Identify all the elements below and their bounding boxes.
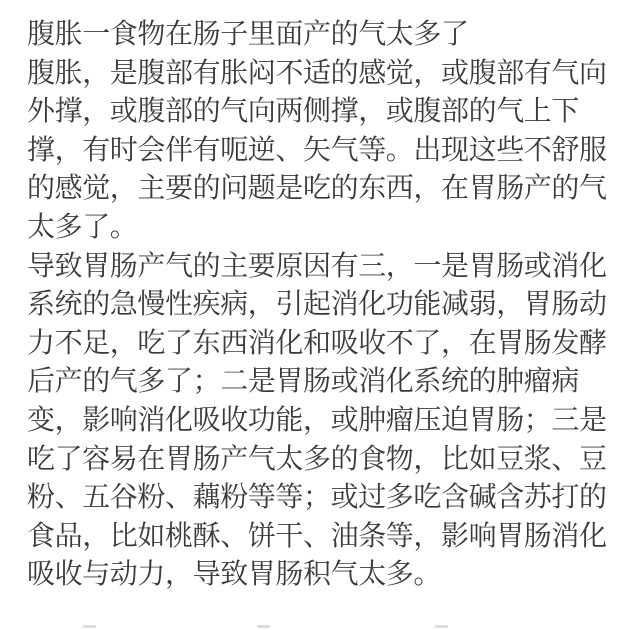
text-line: 导致胃肠产气的主要原因有三，一是胃肠或消化 xyxy=(27,247,623,286)
cutoff-character-stroke xyxy=(83,625,96,628)
text-line: 变，影响消化吸收功能，或肿瘤压迫胃肠；三是 xyxy=(27,401,623,440)
article: 腹胀一食物在肠子里面产的气太多了 腹胀，是腹部有胀闷不适的感觉，或腹部有气向外撑… xyxy=(27,15,623,594)
text-line: 后产的气多了；二是胃肠或消化系统的肿瘤病 xyxy=(27,362,623,401)
text-line: 腹胀，是腹部有胀闷不适的感觉，或腹部有气向 xyxy=(27,54,623,93)
text-line: 系统的急慢性疾病，引起消化功能减弱，胃肠动 xyxy=(27,285,623,324)
cutoff-character-stroke xyxy=(257,625,270,628)
text-line: 外撑，或腹部的气向两侧撑，或腹部的气上下 xyxy=(27,92,623,131)
text-line: 太多了。 xyxy=(27,208,623,247)
text-line: 粉、五谷粉、藕粉等等；或过多吃含碱含苏打的 xyxy=(27,478,623,517)
article-title: 腹胀一食物在肠子里面产的气太多了 xyxy=(27,15,623,54)
text-line: 食品，比如桃酥、饼干、油条等，影响胃肠消化 xyxy=(27,517,623,556)
text-line: 吸收与动力，导致胃肠积气太多。 xyxy=(27,555,623,594)
text-line: 吃了容易在胃肠产气太多的食物，比如豆浆、豆 xyxy=(27,440,623,479)
cutoff-character-stroke xyxy=(435,625,448,628)
text-line: 力不足，吃了东西消化和吸收不了，在胃肠发酵 xyxy=(27,324,623,363)
text-line: 撑，有时会伴有呃逆、矢气等。出现这些不舒服 xyxy=(27,131,623,170)
article-body: 腹胀，是腹部有胀闷不适的感觉，或腹部有气向外撑，或腹部的气向两侧撑，或腹部的气上… xyxy=(27,54,623,594)
text-line: 的感觉，主要的问题是吃的东西，在胃肠产的气 xyxy=(27,169,623,208)
